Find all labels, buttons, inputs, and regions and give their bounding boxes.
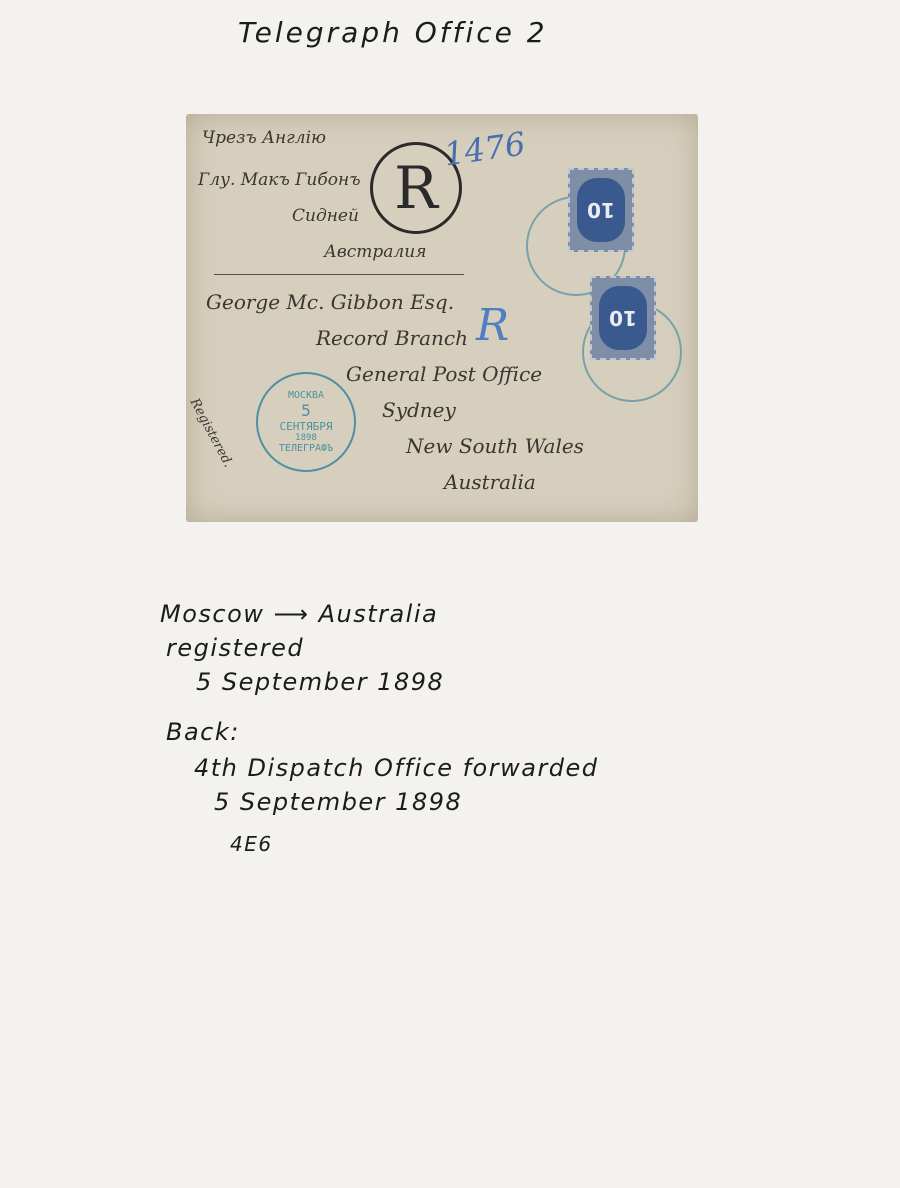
postmark-office: ТЕЛЕГРАФЪ	[279, 443, 333, 454]
note-registered: registered	[166, 634, 304, 662]
postage-stamp-lower: 10	[590, 276, 656, 360]
stamp-denomination: 10	[587, 198, 615, 222]
address-state: New South Wales	[406, 434, 584, 458]
note-back-label: Back:	[166, 718, 240, 746]
stamp-denomination: 10	[609, 306, 637, 330]
address-branch: Record Branch	[316, 326, 468, 350]
postmark-month: СЕНТЯБРЯ	[280, 420, 333, 433]
envelope-cyrillic-addressee: Глу. Макъ Гибонъ	[198, 170, 361, 190]
postmark-moscow: МОСКВА 5 СЕНТЯБРЯ 1898 ТЕЛЕГРАФЪ	[256, 372, 356, 472]
note-back-line2: 5 September 1898	[214, 788, 462, 816]
page-title: Telegraph Office 2	[238, 16, 548, 49]
envelope-cyrillic-city: Сидней	[292, 206, 359, 226]
postmark-city: МОСКВА	[288, 390, 324, 401]
address-country: Australia	[444, 470, 536, 494]
address-city: Sydney	[382, 398, 456, 422]
pencil-number: 1476	[442, 125, 528, 174]
address-name: George Mc. Gibbon Esq.	[206, 290, 454, 314]
envelope-cyrillic-country: Австралия	[324, 242, 426, 262]
registered-side-note: Registered.	[187, 396, 236, 470]
note-date: 5 September 1898	[196, 668, 444, 696]
note-back-line1: 4th Dispatch Office forwarded	[194, 754, 599, 782]
divider-line	[214, 274, 464, 275]
postage-stamp-upper: 10	[568, 168, 634, 252]
postmark-year: 1898	[295, 433, 317, 443]
address-office: General Post Office	[346, 362, 542, 386]
note-back-line3: 4E6	[230, 832, 273, 856]
envelope-routing-line: Чрезъ Англію	[202, 128, 326, 148]
envelope-cover: Чрезъ Англію Глу. Макъ Гибонъ Сидней Авс…	[186, 114, 698, 522]
postmark-day: 5	[301, 401, 311, 420]
blue-crayon-mark: R	[476, 300, 509, 351]
note-route: Moscow ⟶ Australia	[160, 600, 438, 628]
